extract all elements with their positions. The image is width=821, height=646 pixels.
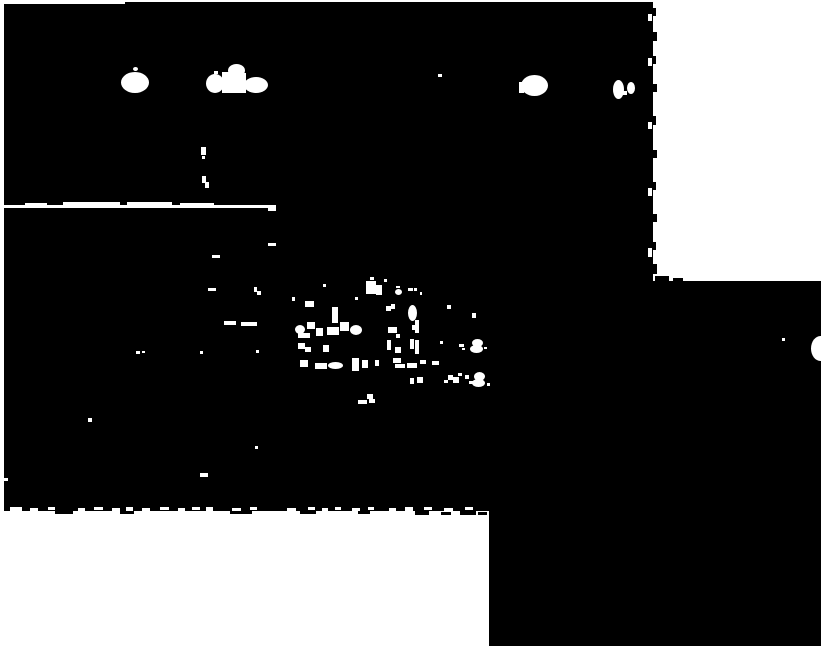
- white-blob-69: [484, 347, 487, 349]
- black-speck-11: [673, 278, 683, 281]
- white-blob-54: [298, 333, 310, 338]
- white-blob-46: [305, 301, 314, 307]
- white-blob-29: [257, 291, 261, 295]
- white-blob-118: [78, 508, 85, 511]
- black-speck-9: [653, 264, 657, 274]
- white-blob-26: [212, 255, 220, 258]
- white-blob-116: [30, 508, 38, 511]
- white-blob-107: [3, 478, 8, 481]
- white-blob-55: [327, 327, 339, 335]
- white-blob-79: [407, 363, 417, 368]
- white-blob-104: [88, 418, 92, 422]
- white-blob-138: [444, 508, 453, 511]
- white-blob-108: [782, 338, 785, 341]
- white-blob-42: [420, 292, 422, 295]
- black-speck-20: [478, 512, 487, 515]
- photo-block-upper-left: [4, 2, 653, 511]
- white-blob-50: [472, 313, 476, 318]
- white-blob-100: [136, 351, 140, 354]
- white-blob-52: [307, 322, 315, 329]
- white-blob-57: [350, 325, 362, 335]
- white-blob-73: [328, 362, 343, 369]
- white-blob-16: [519, 82, 524, 93]
- white-blob-95: [387, 340, 391, 350]
- white-blob-18: [627, 82, 635, 94]
- white-blob-110: [648, 14, 652, 21]
- white-blob-120: [112, 508, 120, 511]
- white-blob-8: [121, 72, 149, 93]
- black-speck-17: [415, 511, 429, 515]
- white-blob-31: [224, 321, 236, 325]
- white-blob-86: [458, 373, 462, 376]
- white-blob-68: [470, 345, 483, 353]
- white-blob-122: [142, 508, 150, 511]
- white-blob-62: [323, 345, 329, 352]
- white-blob-124: [178, 508, 185, 511]
- black-speck-12: [55, 511, 73, 514]
- white-blob-20: [438, 74, 442, 77]
- white-blob-25: [268, 243, 276, 246]
- white-blob-137: [424, 507, 432, 510]
- white-blob-38: [395, 289, 402, 295]
- white-blob-41: [414, 288, 417, 291]
- white-blob-129: [287, 508, 296, 511]
- white-blob-70: [440, 341, 443, 344]
- white-blob-5: [180, 203, 214, 205]
- white-blob-98: [358, 400, 367, 404]
- white-blob-123: [160, 507, 169, 510]
- photo-block-bottom-mid: [489, 511, 821, 646]
- white-blob-94: [410, 378, 414, 384]
- black-speck-10: [655, 276, 669, 281]
- black-speck-13: [120, 511, 134, 514]
- white-blob-43: [355, 297, 358, 300]
- white-blob-103: [256, 350, 259, 353]
- white-blob-80: [420, 360, 426, 364]
- black-speck-8: [653, 242, 656, 250]
- black-speck-4: [653, 116, 656, 125]
- white-blob-99: [369, 399, 375, 403]
- white-blob-4: [127, 202, 172, 205]
- white-blob-35: [376, 285, 382, 295]
- white-blob-125: [192, 507, 200, 510]
- white-blob-24: [205, 182, 209, 188]
- white-blob-130: [308, 507, 315, 510]
- black-speck-14: [230, 511, 252, 514]
- white-blob-113: [648, 188, 652, 196]
- white-blob-27: [208, 288, 216, 291]
- white-blob-53: [316, 328, 323, 336]
- white-blob-45: [391, 304, 395, 309]
- white-blob-114: [648, 248, 652, 257]
- white-blob-101: [142, 351, 145, 353]
- white-blob-22: [202, 156, 205, 159]
- black-speck-0: [653, 8, 656, 16]
- black-speck-1: [653, 32, 657, 41]
- white-blob-128: [250, 507, 257, 510]
- binary-mask-image: [0, 0, 821, 646]
- white-blob-39: [396, 286, 400, 288]
- white-blob-126: [206, 507, 213, 511]
- white-blob-49: [447, 305, 451, 309]
- black-speck-16: [358, 511, 370, 514]
- black-speck-15: [300, 511, 316, 514]
- white-blob-115: [10, 507, 22, 511]
- white-blob-102: [200, 351, 203, 354]
- white-blob-76: [375, 360, 379, 366]
- white-blob-33: [323, 284, 326, 287]
- white-blob-58: [388, 327, 397, 333]
- white-blob-139: [465, 507, 473, 510]
- white-blob-135: [389, 508, 396, 511]
- white-blob-0: [0, 0, 125, 4]
- white-blob-81: [432, 361, 439, 365]
- white-blob-119: [94, 507, 103, 510]
- black-speck-3: [653, 84, 657, 92]
- white-blob-87: [465, 375, 469, 379]
- white-blob-66: [462, 348, 465, 350]
- white-blob-112: [648, 122, 652, 129]
- white-blob-117: [48, 507, 55, 510]
- white-blob-13: [244, 77, 268, 93]
- white-blob-134: [368, 507, 374, 510]
- white-blob-132: [335, 507, 341, 510]
- white-blob-74: [352, 358, 359, 371]
- white-blob-19: [621, 91, 627, 95]
- white-blob-90: [469, 381, 473, 384]
- white-blob-34: [366, 281, 376, 294]
- white-blob-2: [25, 203, 47, 205]
- white-blob-92: [412, 325, 415, 330]
- white-blob-48: [408, 305, 417, 321]
- white-blob-131: [322, 508, 328, 511]
- white-blob-21: [201, 147, 206, 155]
- white-blob-78: [395, 364, 405, 368]
- white-blob-75: [362, 360, 368, 368]
- white-blob-89: [472, 379, 485, 387]
- white-blob-71: [300, 360, 308, 367]
- white-blob-82: [417, 377, 423, 383]
- white-blob-30: [292, 297, 295, 301]
- white-blob-72: [315, 363, 327, 369]
- white-blob-59: [415, 320, 419, 333]
- white-blob-65: [459, 344, 464, 347]
- white-blob-1: [0, 205, 276, 208]
- white-blob-77: [393, 358, 401, 363]
- white-blob-111: [648, 58, 652, 66]
- white-blob-64: [415, 340, 419, 354]
- white-blob-93: [410, 339, 414, 349]
- white-blob-84: [453, 377, 459, 383]
- white-blob-106: [200, 473, 208, 477]
- white-blob-10: [222, 72, 229, 93]
- white-blob-105: [255, 446, 258, 449]
- black-speck-19: [460, 511, 476, 515]
- black-speck-7: [653, 214, 657, 222]
- white-blob-14: [214, 71, 218, 74]
- white-blob-36: [370, 277, 374, 280]
- black-speck-18: [441, 512, 451, 515]
- white-blob-32: [241, 322, 257, 326]
- white-blob-40: [408, 288, 413, 291]
- white-blob-91: [487, 383, 490, 386]
- white-blob-15: [521, 75, 548, 96]
- white-blob-37: [384, 279, 387, 282]
- white-blob-47: [332, 307, 338, 323]
- black-speck-2: [653, 56, 656, 64]
- white-blob-85: [444, 380, 448, 383]
- white-blob-17: [613, 80, 624, 99]
- white-blob-6: [268, 208, 276, 211]
- white-blob-63: [395, 347, 401, 353]
- black-speck-6: [653, 182, 656, 190]
- white-blob-3: [63, 202, 120, 205]
- white-blob-7: [133, 67, 138, 71]
- white-blob-96: [396, 334, 400, 338]
- black-speck-5: [653, 150, 657, 158]
- white-blob-136: [405, 507, 413, 511]
- white-blob-60: [298, 343, 305, 349]
- white-blob-61: [305, 347, 311, 352]
- white-blob-56: [340, 322, 349, 331]
